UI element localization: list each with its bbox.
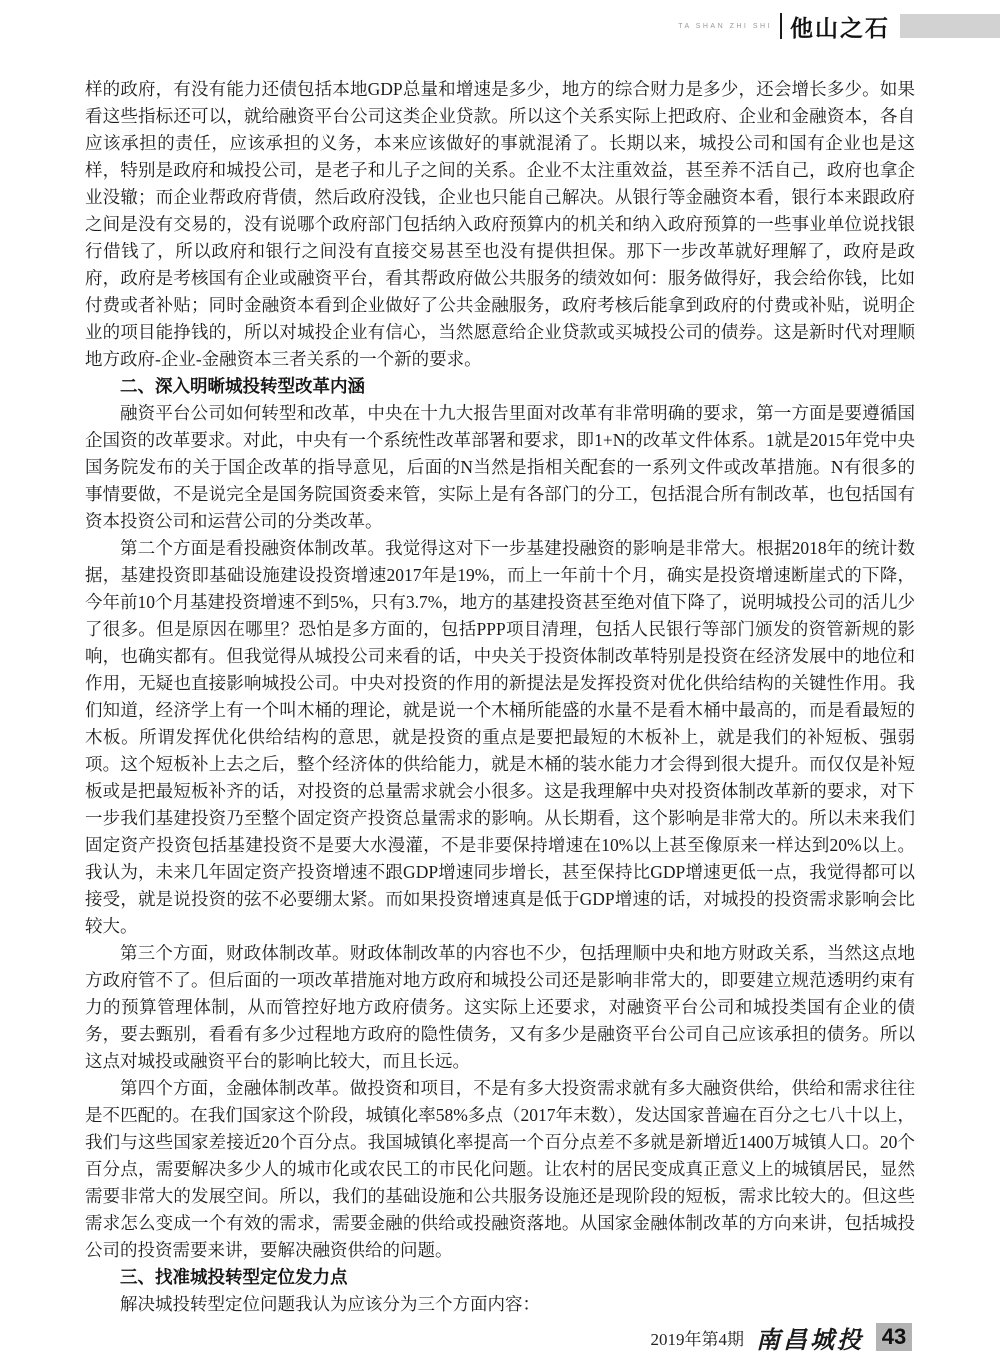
- header-divider: [780, 13, 782, 39]
- issue-label: 2019年第4期: [651, 1325, 745, 1350]
- journal-name: 南昌城投: [756, 1320, 864, 1355]
- article-body: 样的政府，有没有能力还债包括本地GDP总量和增速是多少，地方的综合财力是多少，还…: [85, 76, 915, 1318]
- page-header: TA SHAN ZHI SHI 他山之石: [0, 12, 1000, 42]
- section-title: 他山之石: [790, 10, 890, 43]
- header-decorative-gray-box: [900, 14, 1000, 38]
- paragraph: 第四个方面，金融体制改革。做投资和项目，不是有多大投资需求就有多大融资供给，供给…: [85, 1075, 915, 1264]
- page-footer: 2019年第4期 南昌城投 43: [651, 1322, 913, 1352]
- page-number-badge: 43: [876, 1323, 912, 1351]
- section-heading: 二、深入明晰城投转型改革内涵: [85, 373, 915, 400]
- paragraph: 第三个方面，财政体制改革。财政体制改革的内容也不少，包括理顺中央和地方财政关系，…: [85, 940, 915, 1075]
- paragraph: 第二个方面是看投融资体制改革。我觉得这对下一步基建投融资的影响是非常大。根据20…: [85, 535, 915, 940]
- paragraph: 解决城投转型定位问题我认为应该分为三个方面内容：: [85, 1291, 915, 1318]
- paragraph: 样的政府，有没有能力还债包括本地GDP总量和增速是多少，地方的综合财力是多少，还…: [85, 76, 915, 373]
- header-pinyin-text: TA SHAN ZHI SHI: [678, 23, 772, 30]
- header-row: TA SHAN ZHI SHI 他山之石: [678, 12, 1000, 40]
- paragraph: 融资平台公司如何转型和改革，中央在十九大报告里面对改革有非常明确的要求，第一方面…: [85, 400, 915, 535]
- magazine-page: TA SHAN ZHI SHI 他山之石 样的政府，有没有能力还债包括本地GDP…: [0, 0, 1000, 1366]
- section-heading: 三、找准城投转型定位发力点: [85, 1264, 915, 1291]
